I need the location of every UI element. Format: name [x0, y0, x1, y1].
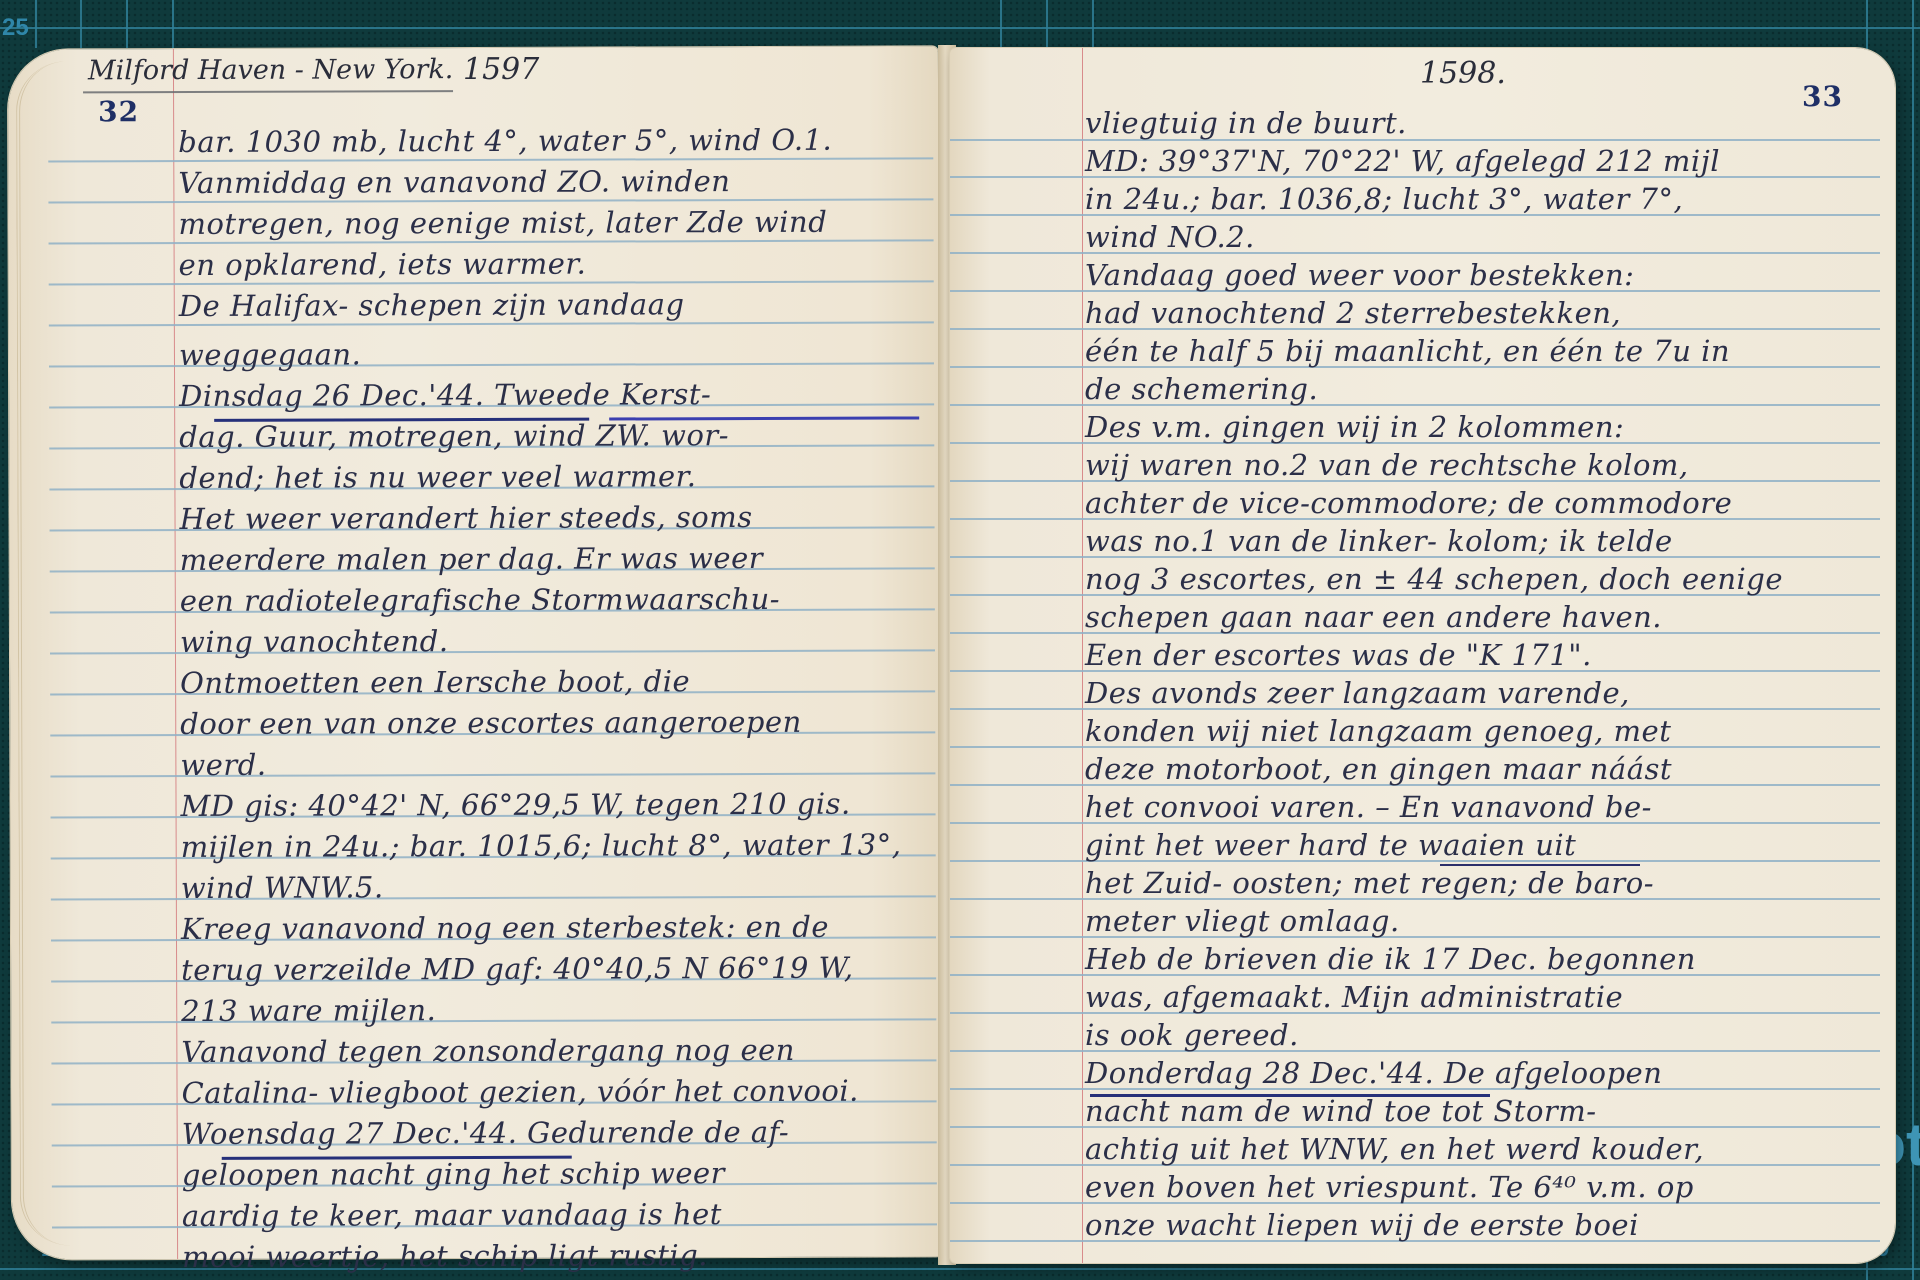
handwritten-line: even boven het vriespunt. Te 6⁴⁰ v.m. op [1085, 1170, 1694, 1204]
handwritten-line: gint het weer hard te waaien uit [1085, 828, 1576, 862]
handwritten-line: in 24u.; bar. 1036,8; lucht 3°, water 7°… [1085, 182, 1683, 216]
date-heading-line: Dinsdag 26 Dec.'44. Tweede Kerst- [179, 377, 711, 413]
handwritten-line: Catalina- vliegboot gezien, vóór het con… [181, 1074, 858, 1110]
date-underline [1090, 1094, 1490, 1097]
left-page: Milford Haven - New York. 1597 32 [8, 46, 942, 1259]
handwritten-line: terug verzeilde MD gaf: 40°40,5 N 66°19 … [181, 951, 854, 987]
handwritten-line: dag. Guur, motregen, wind ZW. wor- [179, 418, 729, 454]
handwritten-line: een radiotelegrafische Stormwaarschu- [180, 582, 780, 618]
handwritten-line: één te half 5 bij maanlicht, en één te 7… [1085, 334, 1730, 368]
handwritten-line: Het weer verandert hier steeds, soms [179, 500, 752, 536]
handwritten-line: en opklarend, iets warmer. [179, 247, 587, 282]
folio-number: 1598. [1420, 56, 1506, 91]
handwritten-line: De Halifax- schepen zijn vandaag [179, 287, 685, 323]
handwritten-line: MD: 39°37'N, 70°22' W, afgelegd 212 mijl [1085, 144, 1720, 178]
handwritten-line: meter vliegt omlaag. [1085, 904, 1400, 938]
open-notebook: Milford Haven - New York. 1597 32 [0, 0, 1920, 1280]
handwritten-line: MD gis: 40°42' N, 66°29,5 W, tegen 210 g… [180, 787, 850, 823]
handwritten-line: had vanochtend 2 sterrebestekken, [1085, 296, 1621, 330]
handwritten-line: vliegtuig in de buurt. [1085, 106, 1407, 140]
handwritten-line: achter de vice-commodore; de commodore [1085, 486, 1732, 520]
handwritten-line: was no.1 van de linker- kolom; ik telde [1085, 524, 1673, 558]
handwritten-line: mooi weertje, het schip ligt rustig. [182, 1238, 708, 1274]
margin-line [173, 49, 178, 1259]
handwritten-line: meerdere malen per dag. Er was weer [180, 541, 764, 577]
handwritten-line: Ontmoetten een Iersche boot, die [180, 664, 690, 700]
handwritten-line: konden wij niet langzaam genoeg, met [1085, 714, 1671, 748]
handwritten-line: motregen, nog eenige mist, later Zde win… [178, 205, 827, 241]
margin-line [1082, 48, 1083, 1263]
handwritten-line: Vanmiddag en vanavond ZO. winden [178, 164, 730, 200]
handwritten-line: aardig te keer, maar vandaag is het [182, 1197, 722, 1233]
handwritten-line: is ook gereed. [1085, 1018, 1299, 1052]
handwritten-line: achtig uit het WNW, en het werd kouder, [1085, 1132, 1704, 1166]
handwritten-line: Een der escortes was de "K 171". [1085, 638, 1592, 672]
handwritten-line: Des v.m. gingen wij in 2 kolommen: [1085, 410, 1624, 444]
right-page: 1598. 33 [950, 48, 1895, 1263]
left-ruled-lines [8, 46, 938, 49]
handwritten-line: wij waren no.2 van de rechtsche kolom, [1085, 448, 1689, 482]
handwritten-line: wing vanochtend. [180, 624, 449, 659]
handwritten-line: door een van onze escortes aangeroepen [180, 705, 802, 741]
handwritten-line: het convooi varen. – En vanavond be- [1085, 790, 1652, 824]
handwritten-line: Kreeg vanavond nog een sterbestek: en de [181, 910, 829, 946]
handwritten-line: was, afgemaakt. Mijn administratie [1085, 980, 1623, 1014]
handwritten-line: Vanavond tegen zonsondergang nog een [181, 1033, 795, 1069]
folio-number: 1597 [463, 52, 539, 87]
handwritten-line: nog 3 escortes, en ± 44 schepen, doch ee… [1085, 562, 1783, 596]
handwritten-line: nacht nam de wind toe tot Storm- [1085, 1094, 1597, 1128]
handwritten-line: 213 ware mijlen. [181, 993, 436, 1028]
emphasis-underline [1440, 864, 1640, 866]
handwritten-line: werd. [180, 748, 266, 782]
handwritten-line: Heb de brieven die ik 17 Dec. begonnen [1085, 942, 1696, 976]
date-heading-line: Woensdag 27 Dec.'44. Gedurende de af- [182, 1115, 790, 1151]
date-underline [609, 416, 919, 420]
header-rule [83, 90, 453, 93]
handwritten-line: bar. 1030 mb, lucht 4°, water 5°, wind O… [178, 123, 832, 159]
handwritten-line: Vandaag goed weer voor bestekken: [1085, 258, 1634, 292]
route-header: Milford Haven - New York. [88, 54, 453, 86]
handwritten-line: schepen gaan naar een andere haven. [1085, 600, 1662, 634]
handwritten-line: deze motorboot, en gingen maar náást [1085, 752, 1672, 786]
handwritten-line: de schemering. [1085, 372, 1318, 406]
page-number: 33 [1802, 80, 1843, 113]
handwritten-line: Des avonds zeer langzaam varende, [1085, 676, 1630, 710]
handwritten-line: het Zuid- oosten; met regen; de baro- [1085, 866, 1654, 900]
left-handwriting: bar. 1030 mb, lucht 4°, water 5°, wind O… [8, 46, 938, 49]
handwritten-line: wind NO.2. [1085, 220, 1255, 254]
handwritten-line: geloopen nacht ging het schip weer [182, 1156, 725, 1192]
handwritten-line: dend; het is nu weer veel warmer. [179, 459, 696, 495]
handwritten-line: mijlen in 24u.; bar. 1015,6; lucht 8°, w… [181, 828, 902, 865]
handwritten-line: weggegaan. [179, 337, 361, 372]
handwritten-line: wind WNW.5. [181, 870, 384, 905]
handwritten-line: onze wacht liepen wij de eerste boei [1085, 1208, 1639, 1242]
page-number: 32 [98, 95, 139, 128]
date-heading-line: Donderdag 28 Dec.'44. De afgeloopen [1085, 1056, 1662, 1090]
